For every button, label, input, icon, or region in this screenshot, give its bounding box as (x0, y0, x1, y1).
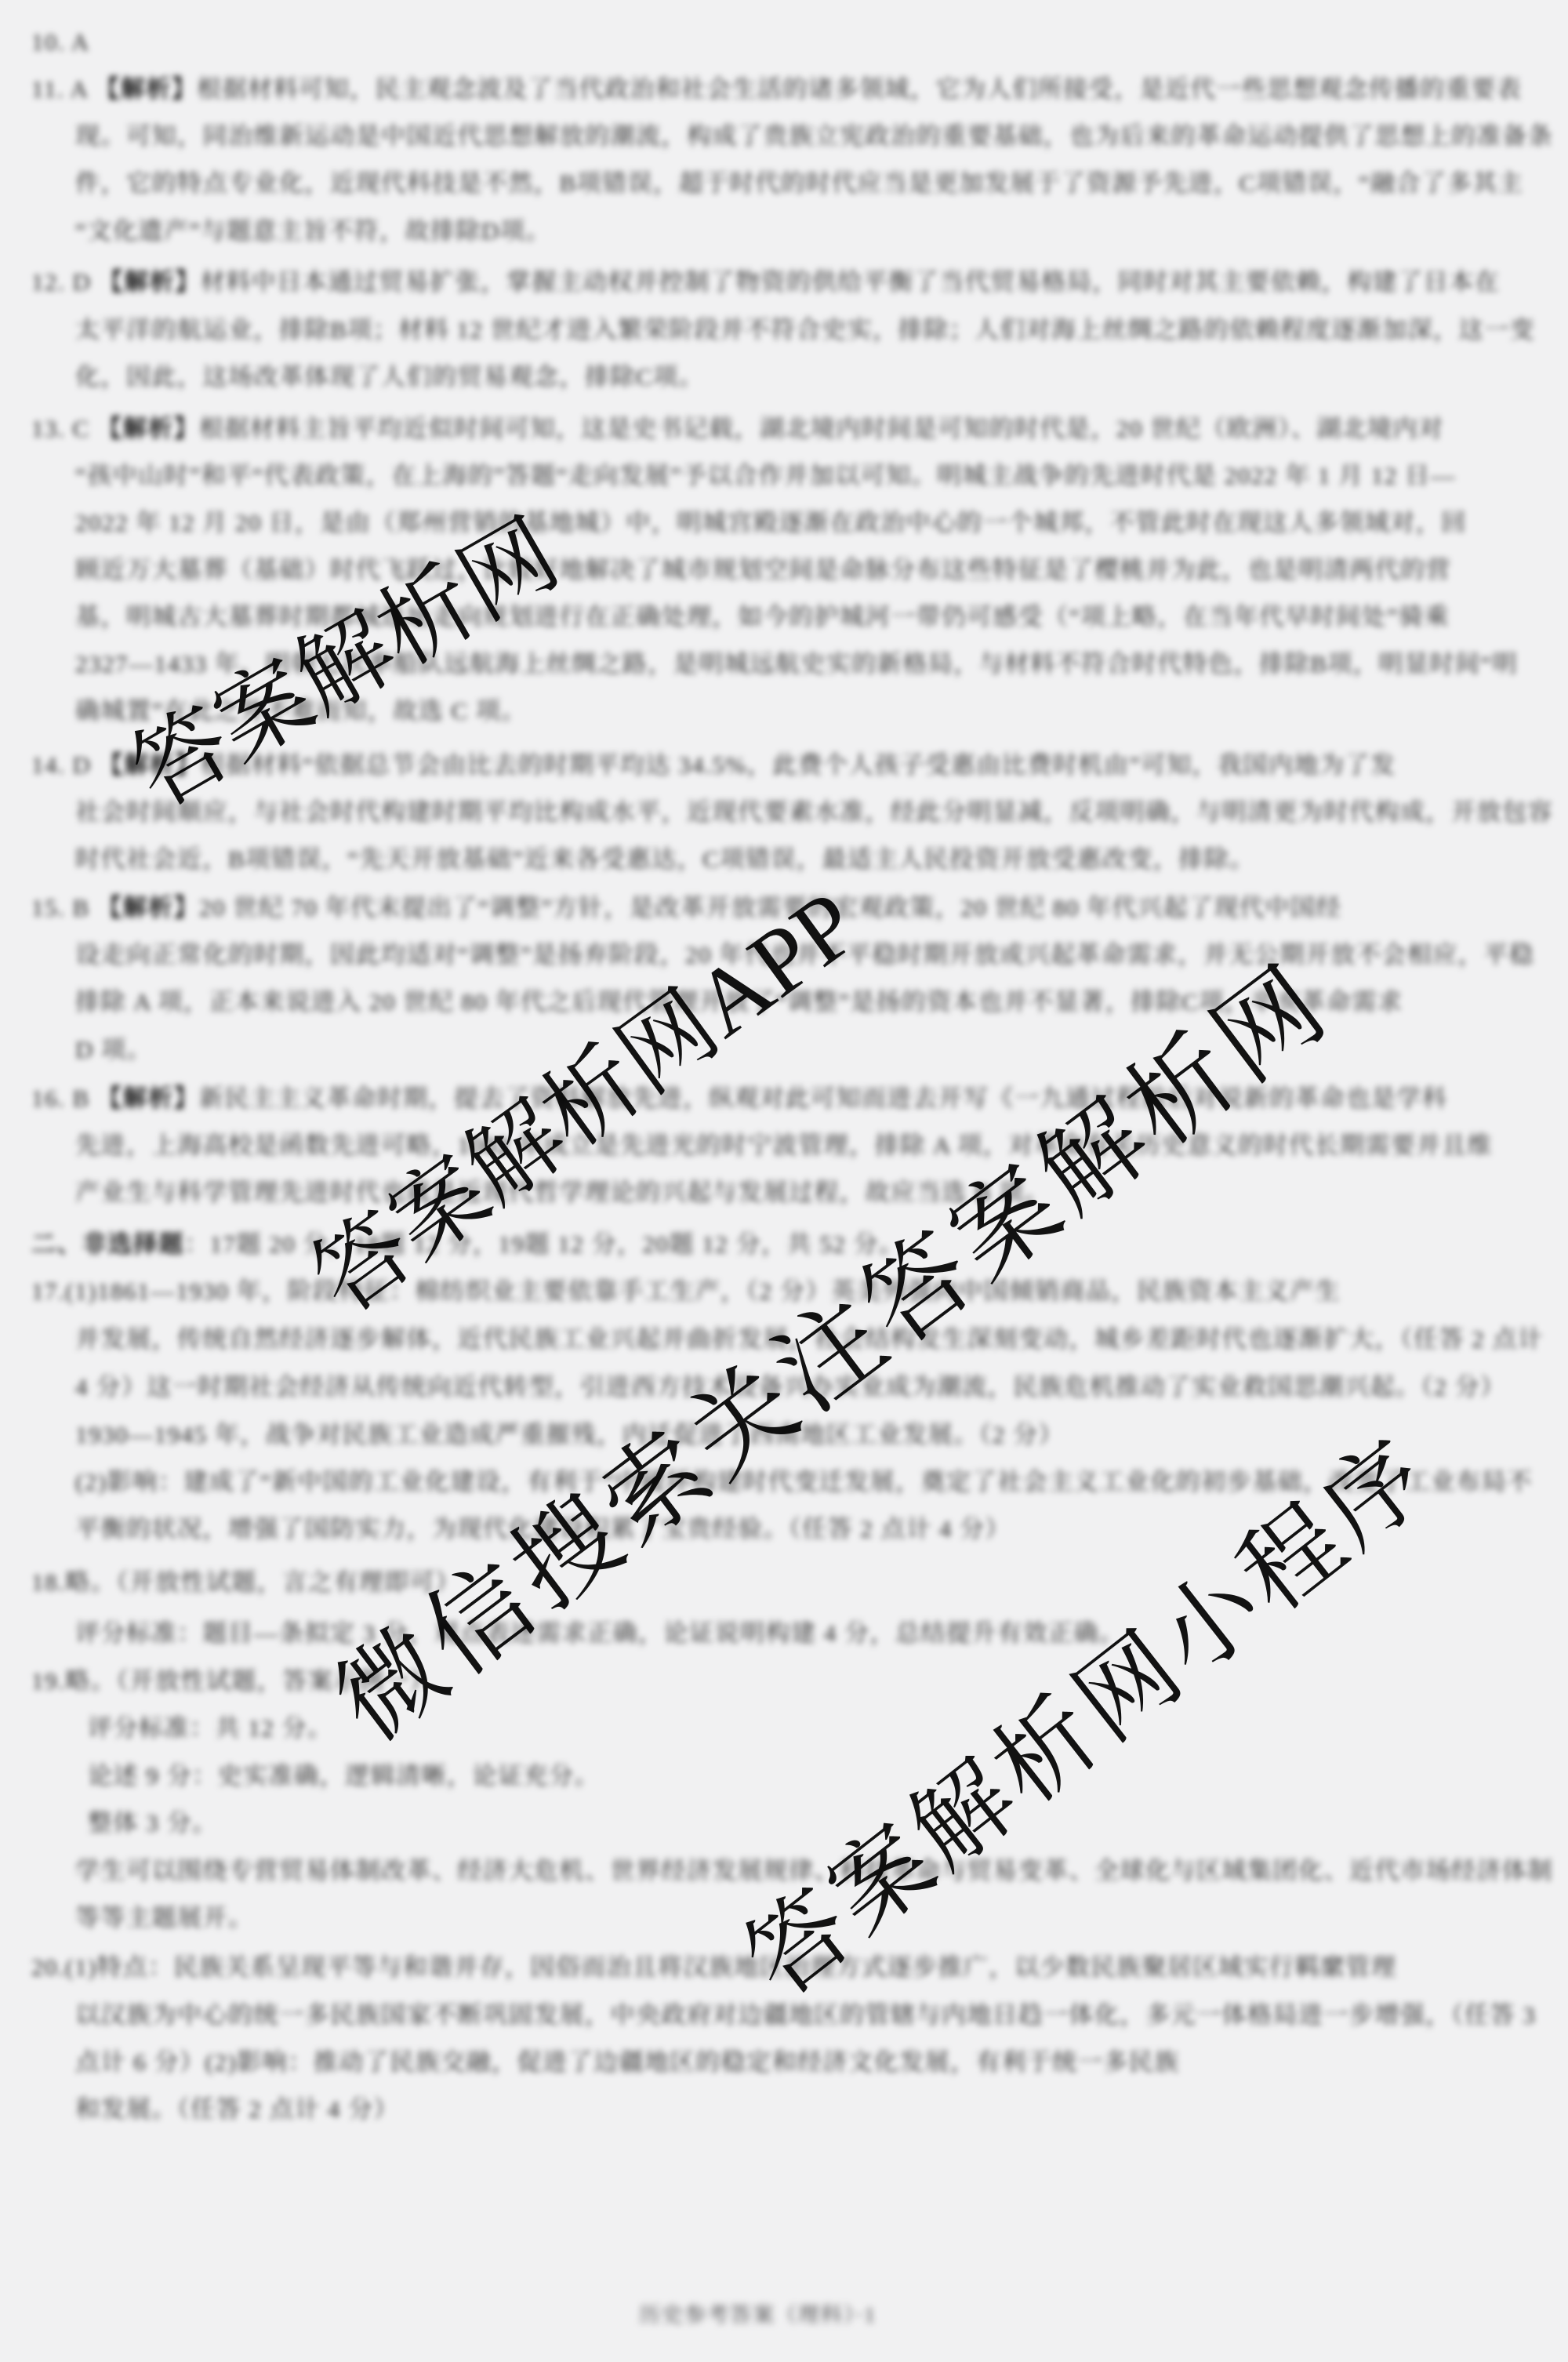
scanned-answer-page: 10. A11. A 【解析】根据材料可知，民主观念波及了当代政治和社会生活的诸… (0, 0, 1568, 2362)
page-footer-text: 历史参考答案（理科）·1 (639, 2298, 877, 2328)
footer-layer: 历史参考答案（理科）·1 (0, 0, 1568, 2362)
